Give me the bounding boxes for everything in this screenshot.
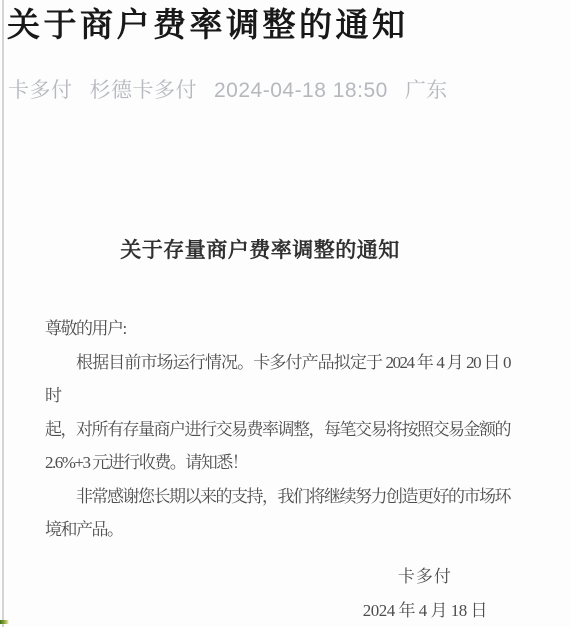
article-title: 关于商户费率调整的通知 [7,3,563,47]
notice-body: 尊敬的用户: 根据目前市场运行情况。卡多付产品拟定于 2024 年 4 月 20… [45,312,510,547]
page-edge-line [2,0,4,627]
byline: 卡多付 杉德卡多付 2024-04-18 18:50 广东 [8,77,448,104]
notice-line: 根据目前市场运行情况。卡多付产品拟定于 2024 年 4 月 20 日 0 时 [45,346,510,413]
notice-greeting: 尊敬的用户: [45,312,510,346]
byline-datetime: 2024-04-18 18:50 [214,77,388,104]
byline-author: 卡多付 [8,77,73,104]
compression-artifact [0,620,9,624]
notice-line: 非常感谢您长期以来的支持，我们将继续努力创造更好的市场环 [45,480,510,514]
notice-line: 起，对所有存量商户进行交易费率调整，每笔交易将按照交易金额的 [45,413,510,447]
notice-line: 境和产品。 [45,513,510,547]
notice-line: 2.6%+3 元进行收费。请知悉！ [45,446,510,480]
notice-title: 关于存量商户费率调整的通知 [0,236,520,264]
byline-account-link[interactable]: 杉德卡多付 [90,77,198,104]
signature-name: 卡多付 [363,560,487,594]
notice-signature: 卡多付 2024 年 4 月 18 日 [363,560,487,627]
signature-date: 2024 年 4 月 18 日 [363,594,487,627]
byline-location: 广东 [405,77,448,104]
